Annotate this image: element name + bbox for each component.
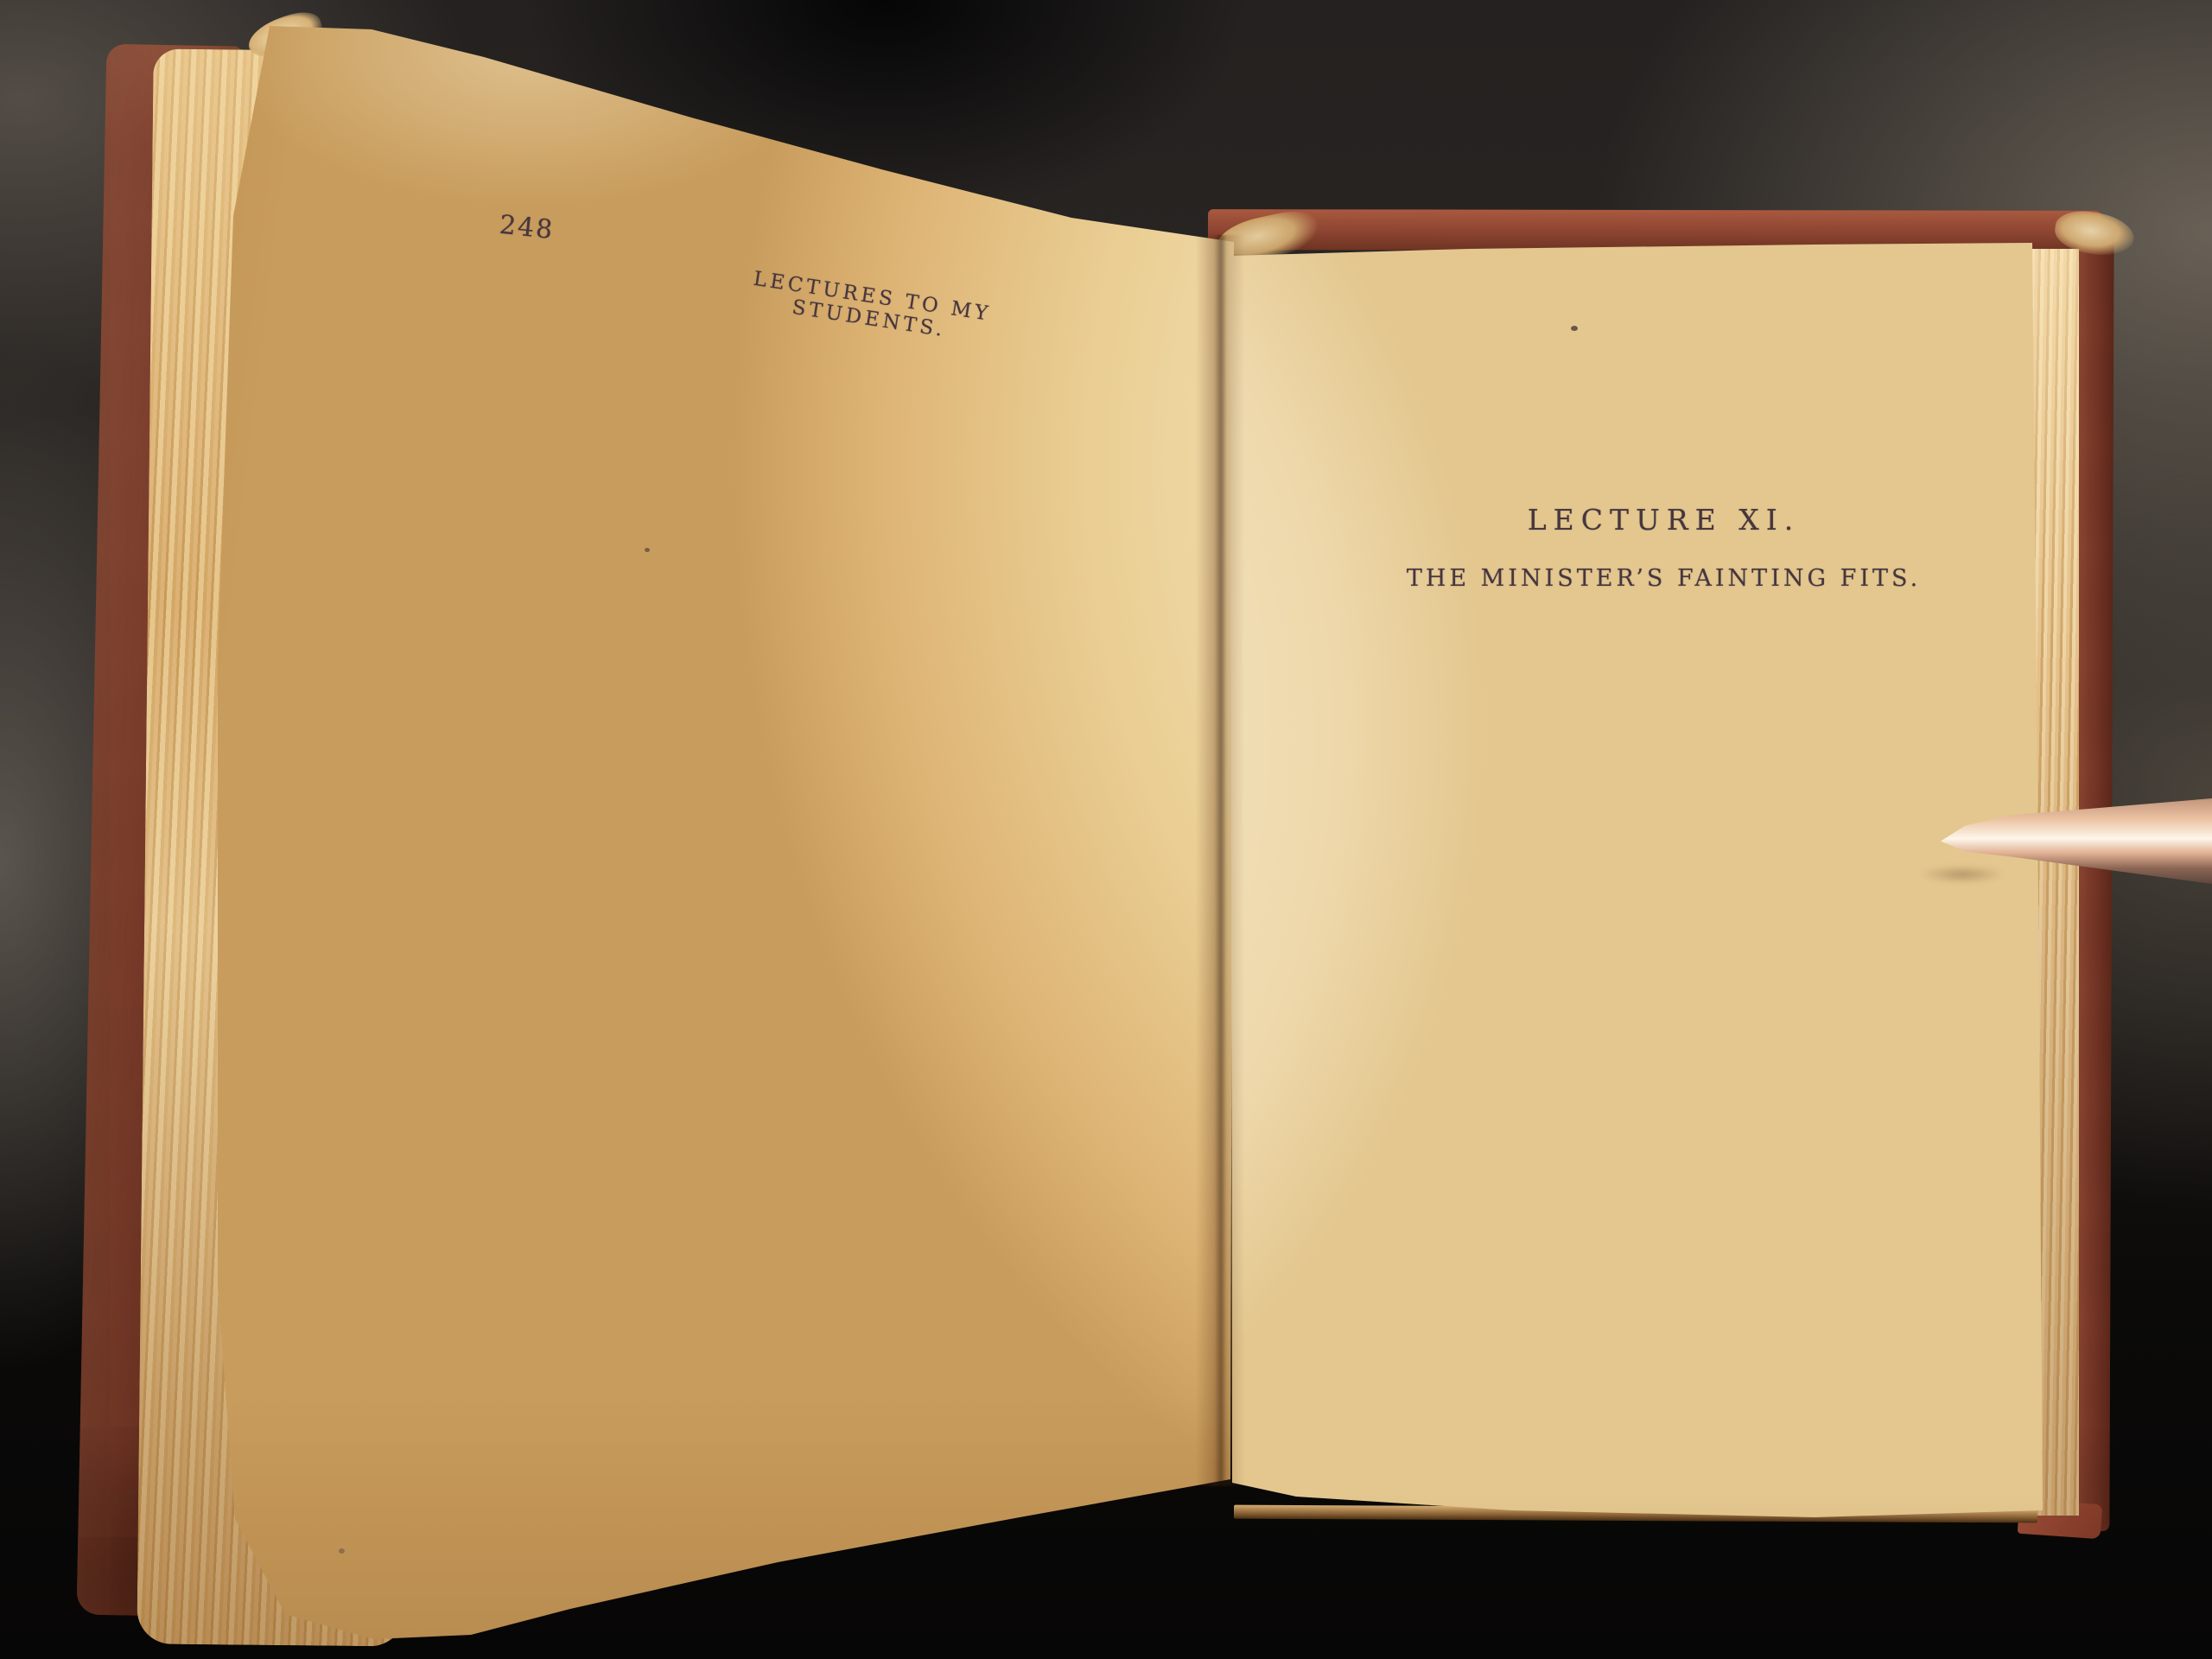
page-number: 248 [498,210,556,245]
paper-speck [339,1548,345,1554]
photo-open-book: 248 LECTURES TO MY STUDENTS. Elongated n… [0,0,2212,1659]
lecture-heading: LECTURE XI. [1338,503,1990,537]
paper-speck [645,548,650,552]
book-gutter-shadow [1196,235,1244,1486]
pointer-shadow [1906,862,2018,887]
paper-speck [1571,326,1578,331]
lecture-subheading: THE MINISTER’S FAINTING FITS. [1338,565,1990,592]
book-cover-right-edge [2073,218,2113,1531]
